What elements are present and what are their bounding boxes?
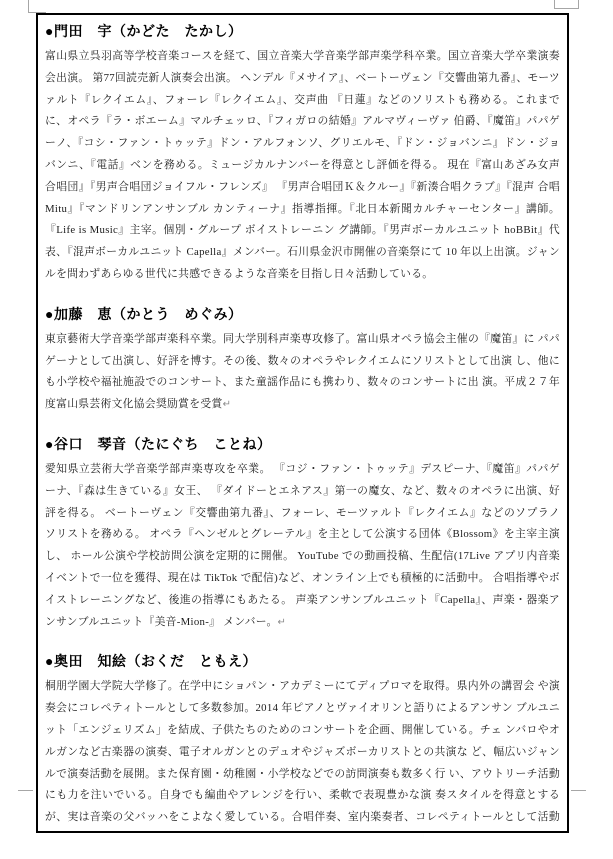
bio-section-taniguchi: ●谷口 琴音（たにぐち ことね） 愛知県立芸術大学音楽学部声楽専攻を卒業。 『コ… bbox=[45, 434, 560, 633]
bio-heading: ●門田 宇（かどた たかし） bbox=[45, 21, 560, 42]
paragraph-return-mark: ↵ bbox=[278, 617, 287, 628]
bio-body-text: 桐朋学園大学院大学修了。在学中にショパン・アカデミーにてディプロマを取得。県内外… bbox=[45, 680, 560, 833]
bio-section-kato: ●加藤 恵（かとう めぐみ） 東京藝術大学音楽学部声楽科卒業。同大学別科声楽専攻… bbox=[45, 304, 560, 416]
document-page-frame: ●門田 宇（かどた たかし） 富山県立呉羽高等学校音楽コースを経て、国立音楽大学… bbox=[36, 13, 569, 833]
margin-crop-mark-bottom-left bbox=[18, 790, 33, 791]
bio-text: 富山県立呉羽高等学校音楽コースを経て、国立音楽大学音楽学部声楽学科卒業。国立音楽… bbox=[45, 46, 560, 286]
bio-section-okuda: ●奥田 知絵（おくだ ともえ） 桐朋学園大学院大学修了。在学中にショパン・アカデ… bbox=[45, 651, 560, 833]
margin-crop-mark-bottom-right bbox=[571, 790, 586, 791]
bio-body-text: 東京藝術大学音楽学部声楽科卒業。同大学別科声楽専攻修了。富山県オペラ協会主催の『… bbox=[45, 333, 560, 410]
bio-section-kadota: ●門田 宇（かどた たかし） 富山県立呉羽高等学校音楽コースを経て、国立音楽大学… bbox=[45, 21, 560, 286]
margin-crop-mark-top-right bbox=[554, 0, 579, 9]
bio-heading: ●谷口 琴音（たにぐち ことね） bbox=[45, 434, 560, 455]
margin-crop-mark-top-left bbox=[28, 0, 46, 13]
bio-heading: ●加藤 恵（かとう めぐみ） bbox=[45, 304, 560, 325]
bio-text: 東京藝術大学音楽学部声楽科卒業。同大学別科声楽専攻修了。富山県オペラ協会主催の『… bbox=[45, 329, 560, 416]
bio-body-text: 富山県立呉羽高等学校音楽コースを経て、国立音楽大学音楽学部声楽学科卒業。国立音楽… bbox=[45, 50, 560, 280]
bio-heading: ●奥田 知絵（おくだ ともえ） bbox=[45, 651, 560, 672]
bio-text: 愛知県立芸術大学音楽学部声楽専攻を卒業。 『コジ・ファン・トゥッテ』デスピーナ、… bbox=[45, 459, 560, 633]
bio-body-text: 愛知県立芸術大学音楽学部声楽専攻を卒業。 『コジ・ファン・トゥッテ』デスピーナ、… bbox=[45, 463, 560, 628]
paragraph-return-mark: ↵ bbox=[223, 399, 232, 410]
bio-text: 桐朋学園大学院大学修了。在学中にショパン・アカデミーにてディプロマを取得。県内外… bbox=[45, 676, 560, 833]
